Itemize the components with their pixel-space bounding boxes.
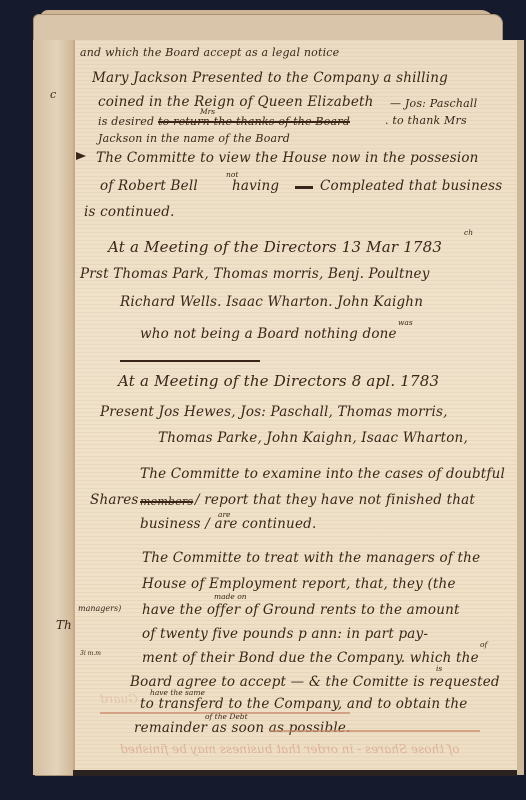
line-house-of-employment: House of Employment report, that, they (… <box>142 576 456 592</box>
marginal-note-small: 3i m.m <box>80 650 101 657</box>
line-17b-struck: members <box>140 495 193 508</box>
marginal-note-th: Th <box>56 618 72 632</box>
bleed-through-text: of those Shares - in order that business… <box>120 742 459 756</box>
line-2: Mary Jackson Presented to the Company a … <box>92 70 448 86</box>
line-1: and which the Board accept as a legal no… <box>80 46 339 59</box>
line-present-13-march: Prst Thomas Park, Thomas morris, Benj. P… <box>80 266 430 282</box>
line-7b: having <box>232 178 279 194</box>
line-4b-struck: to return the thanks of the Board <box>158 115 350 128</box>
left-binding-strip <box>33 40 73 775</box>
line-doubtful-shares: The Committe to examine into the cases o… <box>140 466 505 482</box>
line-4c: . to thank Mrs <box>385 114 467 127</box>
line-4a: is desired <box>98 115 154 128</box>
bleed-through-text-2: Guard <box>100 692 138 706</box>
line-present-8-april: Present Jos Hewes, Jos: Paschall, Thomas… <box>100 404 448 420</box>
insert-ch: ch <box>464 228 473 237</box>
bleed-rule-2 <box>270 730 480 732</box>
insert-made-on: made on <box>214 592 247 601</box>
pointer-arrow-icon <box>76 152 86 160</box>
page-right-edge <box>517 40 524 775</box>
line-8: is continued. <box>84 204 175 220</box>
strip-fragment: c <box>50 88 56 101</box>
line-ground-rents: have the offer of Ground rents to the am… <box>142 602 460 618</box>
meeting-heading-13-march: At a Meeting of the Directors 13 Mar 178… <box>108 238 442 256</box>
insert-is: is <box>436 664 442 673</box>
line-transferd: to transferd to the Company, and to obta… <box>140 696 467 712</box>
page-bottom-edge <box>73 770 517 776</box>
line-7a: of Robert Bell <box>100 178 198 194</box>
line-bond-due: ment of their Bond due the Company. whic… <box>142 650 479 666</box>
marginal-note-managers: managers) <box>78 604 121 613</box>
insert-of: of <box>480 640 487 649</box>
line-3b: — Jos: Paschall <box>390 97 477 110</box>
line-7c: Compleated that business <box>320 178 502 194</box>
section-rule <box>120 360 260 362</box>
insert-was: was <box>398 318 413 327</box>
line-6: The Committe to view the House now in th… <box>96 150 479 166</box>
line-17a-shares: Shares <box>90 492 139 508</box>
line-no-board: who not being a Board nothing done <box>140 326 397 342</box>
meeting-heading-8-april: At a Meeting of the Directors 8 apl. 178… <box>118 372 439 390</box>
line-3a: coined in the Reign of Queen Elizabeth <box>98 94 374 110</box>
line-twenty-five-pounds: of twenty five pounds p ann: in part pay… <box>142 626 428 642</box>
insert-mrs: Mrs <box>200 107 215 116</box>
line-17c: / report that they have not finished tha… <box>195 492 475 508</box>
line-remainder: remainder as soon as possible. <box>134 720 351 736</box>
line-present-8-april-cont: Thomas Parke, John Kaighn, Isaac Wharton… <box>158 430 468 446</box>
blot-strike <box>295 186 313 189</box>
line-5: Jackson in the name of the Board <box>98 132 290 145</box>
line-treat-managers: The Committe to treat with the managers … <box>142 550 480 566</box>
line-present-13-march-cont: Richard Wells. Isaac Wharton. John Kaigh… <box>120 294 423 310</box>
line-business-continued: business / are continued. <box>140 516 316 532</box>
